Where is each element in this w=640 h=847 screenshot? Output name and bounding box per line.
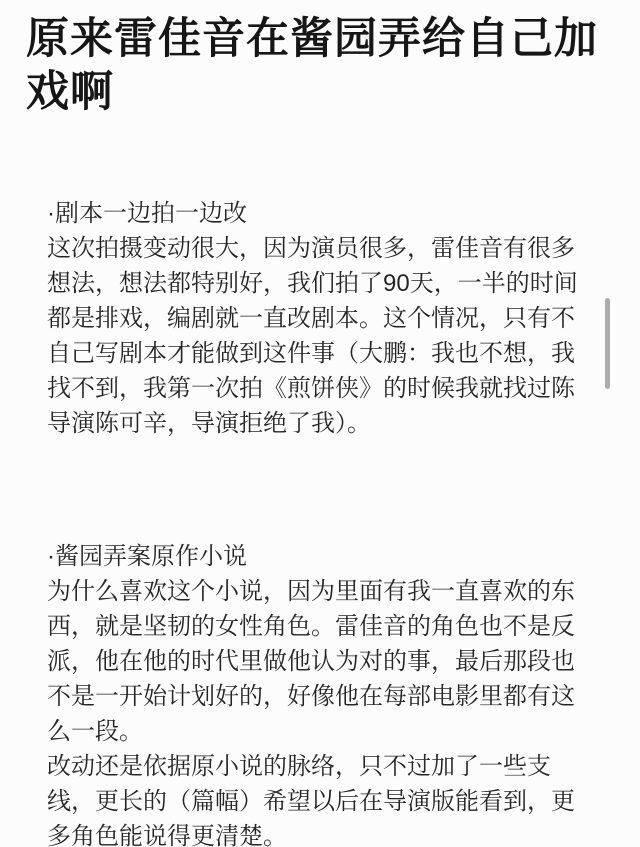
paragraph-script-changes: 这次拍摄变动很大，因为演员很多，雷佳音有很多想法，想法都特别好，我们拍了90天，… — [47, 231, 588, 441]
article-body: ·剧本一边拍一边改 这次拍摄变动很大，因为演员很多，雷佳音有很多想法，想法都特别… — [47, 196, 588, 847]
section-script-changes: ·剧本一边拍一边改 这次拍摄变动很大，因为演员很多，雷佳音有很多想法，想法都特别… — [47, 196, 588, 441]
article-page: 原来雷佳音在酱园弄给自己加戏啊 ·剧本一边拍一边改 这次拍摄变动很大，因为演员很… — [0, 0, 640, 847]
paragraph-original-novel-1: 为什么喜欢这个小说，因为里面有我一直喜欢的东西，就是坚韧的女性角色。雷佳音的角色… — [47, 574, 588, 749]
section-heading-original-novel: ·酱园弄案原作小说 — [47, 539, 588, 574]
paragraph-original-novel-2: 改动还是依据原小说的脉络，只不过加了一些支线，更长的（篇幅）希望以后在导演版能看… — [47, 749, 588, 847]
section-heading-script-changes: ·剧本一边拍一边改 — [47, 196, 588, 231]
section-original-novel: ·酱园弄案原作小说 为什么喜欢这个小说，因为里面有我一直喜欢的东西，就是坚韧的女… — [47, 539, 588, 847]
article-title: 原来雷佳音在酱园弄给自己加戏啊 — [26, 13, 618, 119]
scrollbar-thumb[interactable] — [605, 298, 610, 389]
